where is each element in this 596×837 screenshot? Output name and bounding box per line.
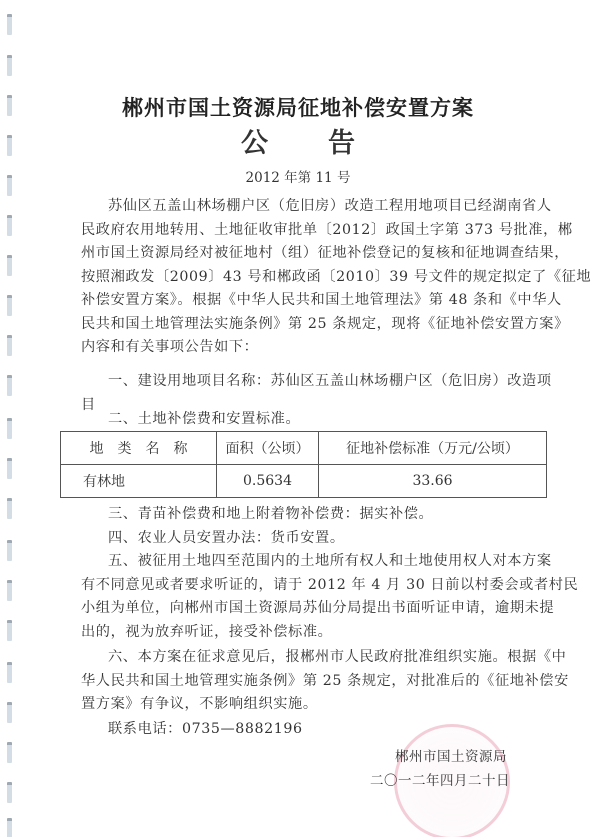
binding-hole bbox=[7, 580, 12, 601]
subtitle-char: 公 bbox=[241, 121, 268, 160]
item-2-heading: 二、土地补偿费和安置标准。 bbox=[81, 408, 543, 432]
table-cell: 有林地 bbox=[61, 465, 217, 498]
text-line: 小组为单位，向郴州市国土资源局苏仙分局提出书面听证申请，逾期未提 bbox=[81, 597, 543, 621]
item-6: 六、本方案在征求意见后，报郴州市人民政府批准组织实施。根据《中 华人民共和国土地… bbox=[81, 646, 543, 717]
table-header: 面积（公顷） bbox=[217, 432, 319, 465]
table-header: 地 类 名 称 bbox=[61, 432, 217, 465]
binding-hole bbox=[7, 702, 12, 723]
signature-block: 郴州市国土资源局 二〇一二年四月二十日 bbox=[395, 745, 510, 793]
text-line: 置方案》有争议，不影响组织实施。 bbox=[81, 693, 543, 717]
issue-date: 二〇一二年四月二十日 bbox=[370, 769, 510, 793]
intro-paragraph: 苏仙区五盖山林场棚户区（危旧房）改造工程用地项目已经湖南省人 民政府农用地转用、… bbox=[81, 195, 543, 360]
binding-hole bbox=[7, 662, 12, 683]
item-5: 五、被征用土地四至范围内的土地所有权人和土地使用权人对本方案 有不同意见或者要求… bbox=[81, 550, 543, 644]
binding-hole bbox=[7, 375, 12, 396]
subtitle-char: 告 bbox=[328, 121, 355, 160]
binding-hole bbox=[7, 215, 12, 236]
binding-hole bbox=[7, 818, 12, 837]
text-line: 有不同意见或者要求听证的，请于 2012 年 4 月 30 日前以村委会或者村民 bbox=[81, 574, 543, 598]
document-number: 2012 年第 11 号 bbox=[0, 166, 596, 186]
items-3-4: 三、青苗补偿费和地上附着物补偿费：据实补偿。 四、农业人员安置办法：货币安置。 bbox=[81, 503, 543, 550]
text-line: 华人民共和国土地管理实施条例》第 25 条规定，对批准后的《征地补偿安 bbox=[81, 670, 543, 694]
text-line: 三、青苗补偿费和地上附着物补偿费：据实补偿。 bbox=[81, 503, 543, 527]
issuer-name: 郴州市国土资源局 bbox=[395, 745, 510, 769]
binding-hole bbox=[7, 742, 12, 763]
compensation-table: 地 类 名 称 面积（公顷） 征地补偿标准（万元/公顷） 有林地 0.5634 … bbox=[60, 431, 547, 498]
binding-hole bbox=[7, 295, 12, 316]
binding-hole bbox=[7, 255, 12, 276]
text-line: 苏仙区五盖山林场棚户区（危旧房）改造工程用地项目已经湖南省人 bbox=[81, 195, 543, 219]
text-line: 民政府农用地转用、土地征收审批单〔2012〕政国土字第 373 号批准，郴 bbox=[81, 219, 543, 243]
binding-hole bbox=[7, 14, 12, 35]
binding-hole bbox=[7, 498, 12, 519]
text-line: 一、建设用地项目名称：苏仙区五盖山林场棚户区（危旧房）改造项 bbox=[81, 370, 543, 394]
document-subtitle: 公告 bbox=[0, 121, 596, 160]
text-line: 补偿安置方案》。根据《中华人民共和国土地管理法》第 48 条和《中华人 bbox=[81, 289, 543, 313]
binding-hole bbox=[7, 782, 12, 803]
binding-hole bbox=[7, 418, 12, 439]
text-line: 五、被征用土地四至范围内的土地所有权人和土地使用权人对本方案 bbox=[81, 550, 543, 574]
text-line: 出的，视为放弃听证，接受补偿标准。 bbox=[81, 621, 543, 645]
table-header: 征地补偿标准（万元/公顷） bbox=[319, 432, 547, 465]
text-line: 四、农业人员安置办法：货币安置。 bbox=[81, 527, 543, 551]
table-header-row: 地 类 名 称 面积（公顷） 征地补偿标准（万元/公顷） bbox=[61, 432, 547, 465]
binding-hole bbox=[7, 540, 12, 561]
binding-hole bbox=[7, 620, 12, 641]
binding-hole bbox=[7, 458, 12, 479]
table-cell: 33.66 bbox=[319, 465, 547, 498]
document-title: 郴州市国土资源局征地补偿安置方案 bbox=[0, 92, 596, 122]
text-line: 二、土地补偿费和安置标准。 bbox=[81, 408, 543, 432]
text-line: 民共和国土地管理法实施条例》第 25 条规定，现将《征地补偿安置方案》 bbox=[81, 313, 543, 337]
text-line: 按照湘政发〔2009〕43 号和郴政函〔2010〕39 号文件的规定拟定了《征地 bbox=[81, 266, 543, 290]
table-cell: 0.5634 bbox=[217, 465, 319, 498]
binding-hole bbox=[7, 55, 12, 76]
text-line: 州市国土资源局经对被征地村（组）征地补偿登记的复核和征地调查结果， bbox=[81, 242, 543, 266]
text-line: 六、本方案在征求意见后，报郴州市人民政府批准组织实施。根据《中 bbox=[81, 646, 543, 670]
binding-hole bbox=[7, 335, 12, 356]
text-line: 内容和有关事项公告如下： bbox=[81, 336, 543, 360]
table-row: 有林地 0.5634 33.66 bbox=[61, 465, 547, 498]
